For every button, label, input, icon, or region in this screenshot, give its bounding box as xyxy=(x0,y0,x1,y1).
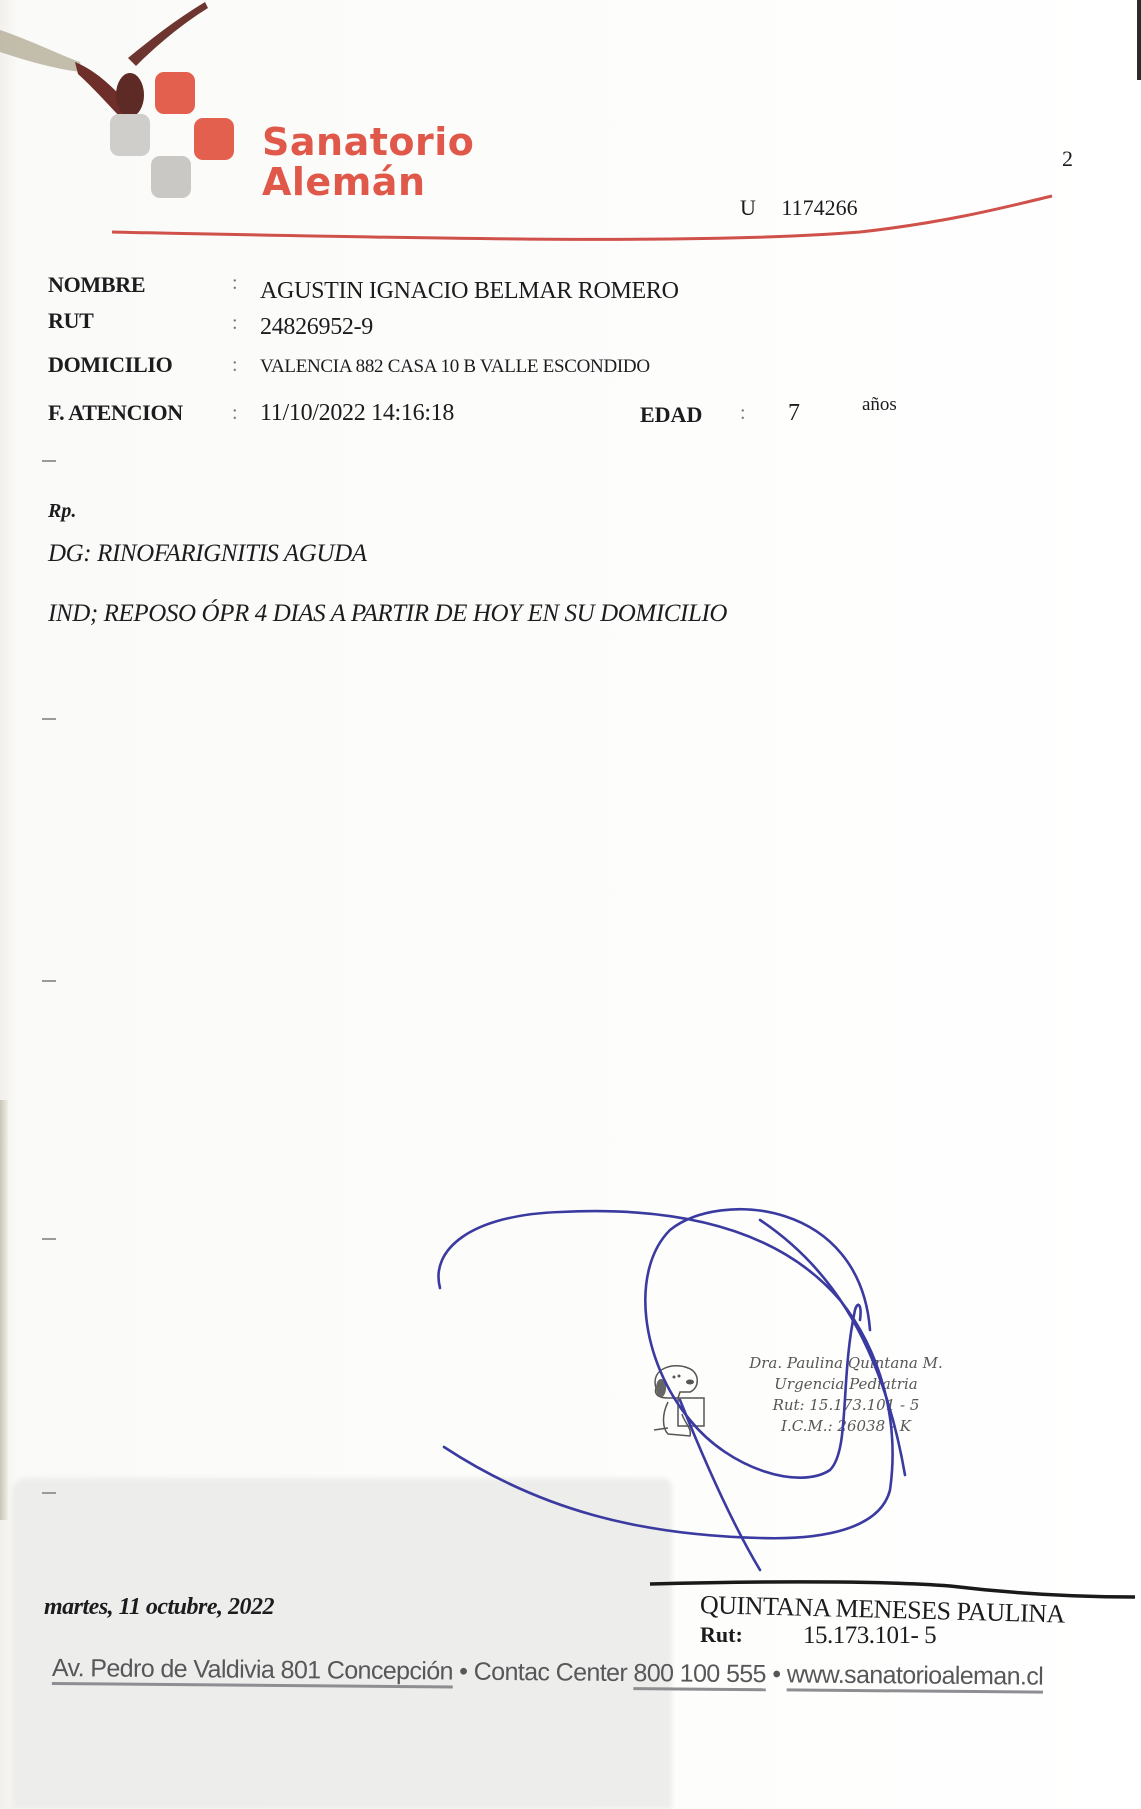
stamp-line-icm: I.C.M.: 26038 - K xyxy=(736,1416,956,1437)
brand-line-1: Sanatorio xyxy=(262,122,474,162)
doctor-rut-value: 15.173.101- 5 xyxy=(803,1622,936,1650)
field-value-rut: 24826952-9 xyxy=(260,314,373,341)
margin-tick xyxy=(42,718,56,720)
age-unit: años xyxy=(862,394,897,416)
doctor-rut-label: Rut: xyxy=(700,1622,743,1648)
logo-square-red xyxy=(155,72,195,114)
brand-line-2: Alemán xyxy=(262,162,474,202)
footer-phone[interactable]: 800 100 555 xyxy=(633,1659,766,1688)
photo-shadow xyxy=(12,1478,672,1809)
footer-separator: • xyxy=(766,1660,787,1688)
footer-address: Av. Pedro de Valdivia 801 Concepción xyxy=(52,1654,453,1685)
stamp-line-unit: Urgencia Pediatria xyxy=(736,1374,956,1395)
page-edge-shadow xyxy=(0,1100,8,1520)
footer-separator: • xyxy=(453,1657,474,1685)
diagnosis: DG: RINOFARIGNITIS AGUDA xyxy=(48,540,367,568)
field-label-nombre: NOMBRE xyxy=(48,272,145,298)
field-value-domicilio: VALENCIA 882 CASA 10 B VALLE ESCONDIDO xyxy=(260,356,650,378)
margin-tick xyxy=(42,1238,56,1240)
case-id: U 1174266 xyxy=(740,195,858,221)
logo-square-red xyxy=(194,118,234,160)
field-label-domicilio: DOMICILIO xyxy=(48,352,172,378)
colon: : xyxy=(232,402,238,425)
stamp-line-name: Dra. Paulina Quintana M. xyxy=(736,1353,956,1374)
margin-tick xyxy=(42,460,56,462)
colon: : xyxy=(740,402,746,425)
field-value-edad: 7 xyxy=(788,400,800,427)
stamp-line-rut: Rut: 15.173.101 - 5 xyxy=(736,1395,956,1416)
colon: : xyxy=(232,354,238,377)
doctor-stamp: Dra. Paulina Quintana M. Urgencia Pediat… xyxy=(736,1353,956,1437)
field-value-atencion: 11/10/2022 14:16:18 xyxy=(260,400,454,427)
colon: : xyxy=(232,312,238,335)
logo-square-gray xyxy=(151,156,191,198)
field-value-nombre: AGUSTIN IGNACIO BELMAR ROMERO xyxy=(260,278,679,305)
page-number: 2 xyxy=(1062,146,1073,172)
field-label-atencion: F. ATENCION xyxy=(48,400,183,426)
sanatorio-aleman-logo xyxy=(108,72,238,200)
document-date: martes, 11 octubre, 2022 xyxy=(44,1594,274,1621)
field-label-rut: RUT xyxy=(48,308,94,334)
colon: : xyxy=(232,272,238,295)
page-edge-dark xyxy=(1137,0,1141,80)
case-number: 1174266 xyxy=(781,195,857,220)
margin-tick xyxy=(42,980,56,982)
margin-tick xyxy=(42,1492,56,1494)
case-prefix: U xyxy=(740,195,756,220)
indication: IND; REPOSO ÓPR 4 DIAS A PARTIR DE HOY E… xyxy=(48,600,727,628)
brand-name: Sanatorio Alemán xyxy=(262,122,474,202)
rx-label: Rp. xyxy=(48,500,76,523)
logo-square-gray xyxy=(110,114,150,156)
field-label-edad: EDAD xyxy=(640,402,702,428)
footer-contact-label: Contac Center xyxy=(474,1658,634,1687)
footer-website-link[interactable]: www.sanatorioaleman.cl xyxy=(787,1660,1044,1690)
snoopy-stamp-icon xyxy=(644,1358,714,1444)
